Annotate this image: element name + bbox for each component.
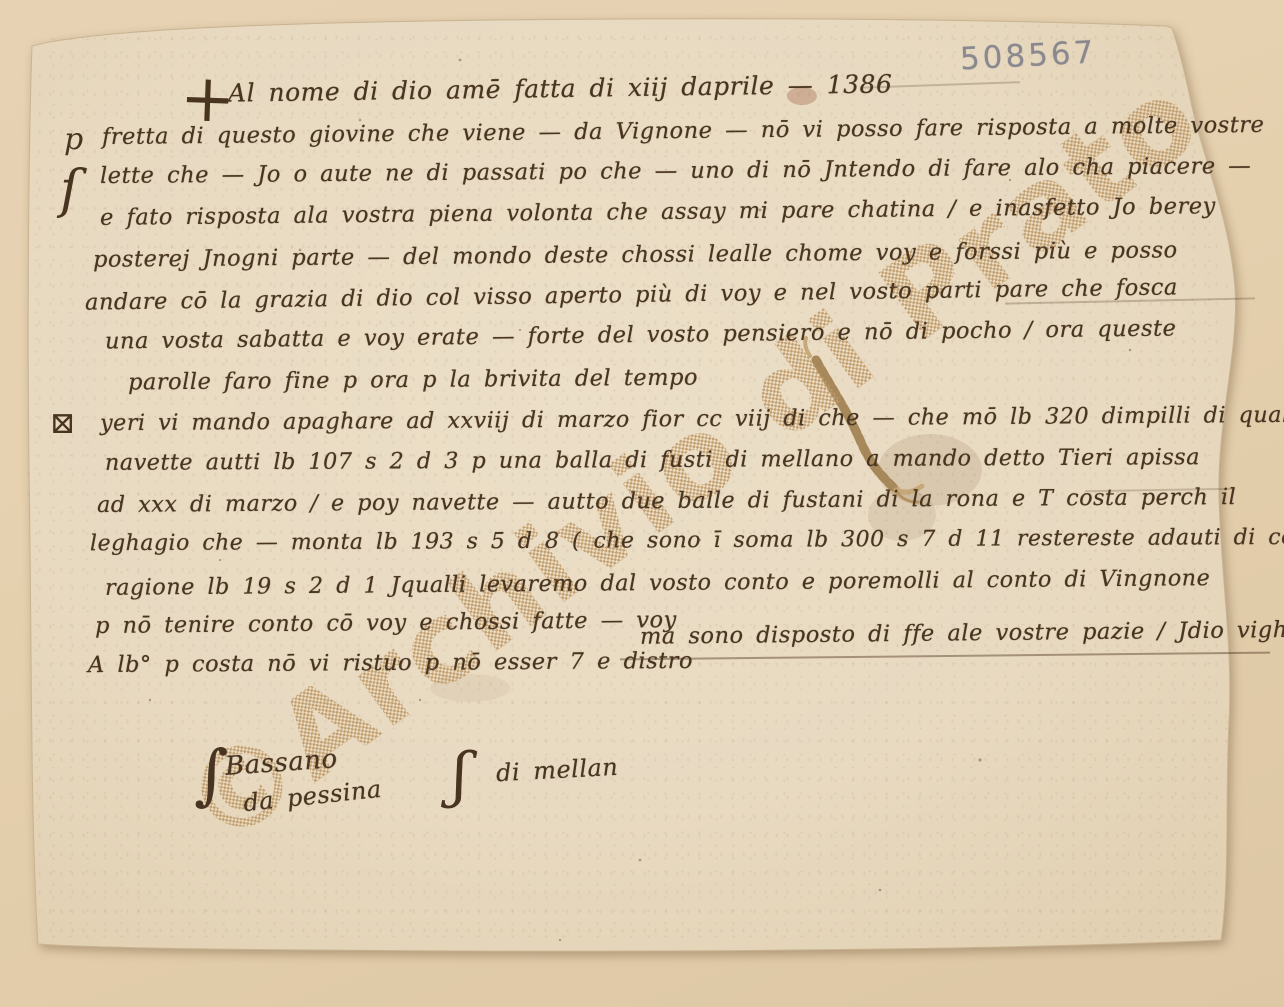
- letter-line: A lb° p costa nō vi ristuo p nō esser 7 …: [88, 648, 693, 678]
- margin-mark-per: p: [64, 122, 83, 157]
- letter-line: parolle faro fine p ora p la brivita del…: [128, 365, 698, 396]
- signature-flourish: ∫: [194, 736, 228, 813]
- scanned-letter-page: ©Archivio di Prato 508567 + Al nome di d…: [0, 0, 1284, 1007]
- signature-brace: ʃ: [452, 740, 468, 810]
- margin-mark-long-s: ſ: [60, 160, 79, 220]
- margin-mark-section: ⊠: [50, 406, 75, 441]
- archive-number: 508567: [959, 34, 1097, 77]
